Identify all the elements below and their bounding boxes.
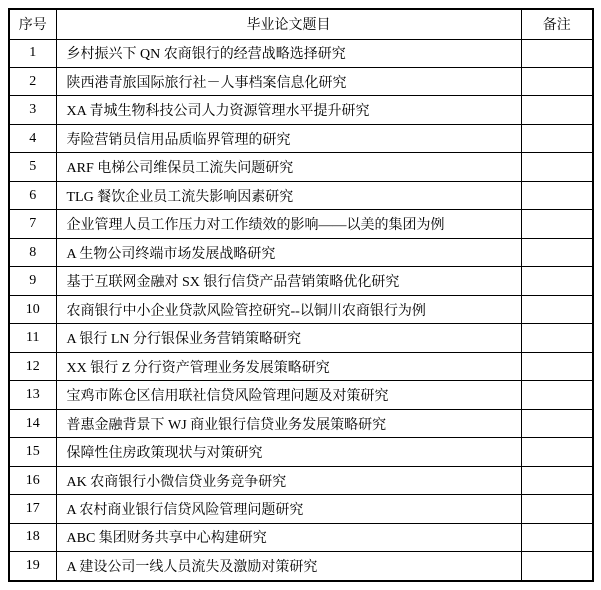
cell-index: 9 (9, 267, 56, 295)
header-cell-title: 毕业论文题目 (56, 9, 521, 39)
cell-remark (521, 523, 593, 551)
cell-title: XA 青城生物科技公司人力资源管理水平提升研究 (56, 96, 521, 124)
cell-title: A 建设公司一线人员流失及激励对策研究 (56, 552, 521, 581)
cell-title: AK 农商银行小微信贷业务竞争研究 (56, 466, 521, 494)
cell-index: 16 (9, 466, 56, 494)
cell-remark (521, 438, 593, 466)
cell-remark (521, 324, 593, 352)
cell-remark (521, 96, 593, 124)
table-row: 1 乡村振兴下 QN 农商银行的经营战略选择研究 (9, 39, 593, 67)
cell-remark (521, 124, 593, 152)
table-row: 13 宝鸡市陈仓区信用联社信贷风险管理问题及对策研究 (9, 381, 593, 409)
cell-title: 陕西港青旅国际旅行社－人事档案信息化研究 (56, 67, 521, 95)
cell-title: ABC 集团财务共享中心构建研究 (56, 523, 521, 551)
cell-index: 19 (9, 552, 56, 581)
cell-title: 基于互联网金融对 SX 银行信贷产品营销策略优化研究 (56, 267, 521, 295)
table-row: 8 A 生物公司终端市场发展战略研究 (9, 238, 593, 266)
cell-remark (521, 352, 593, 380)
cell-remark (521, 67, 593, 95)
cell-title: A 农村商业银行信贷风险管理问题研究 (56, 495, 521, 523)
cell-index: 17 (9, 495, 56, 523)
cell-title: A 银行 LN 分行银保业务营销策略研究 (56, 324, 521, 352)
table-row: 16 AK 农商银行小微信贷业务竞争研究 (9, 466, 593, 494)
cell-title: 普惠金融背景下 WJ 商业银行信贷业务发展策略研究 (56, 409, 521, 437)
cell-title: 乡村振兴下 QN 农商银行的经营战略选择研究 (56, 39, 521, 67)
header-row: 序号 毕业论文题目 备注 (9, 9, 593, 39)
cell-remark (521, 409, 593, 437)
cell-index: 5 (9, 153, 56, 181)
table-row: 7 企业管理人员工作压力对工作绩效的影响——以美的集团为例 (9, 210, 593, 238)
cell-remark (521, 381, 593, 409)
cell-index: 15 (9, 438, 56, 466)
table-row: 4 寿险营销员信用品质临界管理的研究 (9, 124, 593, 152)
cell-title: TLG 餐饮企业员工流失影响因素研究 (56, 181, 521, 209)
cell-title: A 生物公司终端市场发展战略研究 (56, 238, 521, 266)
cell-index: 12 (9, 352, 56, 380)
header-cell-remark: 备注 (521, 9, 593, 39)
cell-index: 10 (9, 295, 56, 323)
cell-title: ARF 电梯公司维保员工流失问题研究 (56, 153, 521, 181)
cell-index: 18 (9, 523, 56, 551)
cell-remark (521, 552, 593, 581)
cell-index: 11 (9, 324, 56, 352)
cell-remark (521, 466, 593, 494)
cell-remark (521, 238, 593, 266)
cell-title: 企业管理人员工作压力对工作绩效的影响——以美的集团为例 (56, 210, 521, 238)
table-row: 3 XA 青城生物科技公司人力资源管理水平提升研究 (9, 96, 593, 124)
table-row: 12 XX 银行 Z 分行资产管理业务发展策略研究 (9, 352, 593, 380)
cell-title: 农商银行中小企业贷款风险管控研究--以铜川农商银行为例 (56, 295, 521, 323)
cell-remark (521, 495, 593, 523)
cell-remark (521, 39, 593, 67)
cell-index: 14 (9, 409, 56, 437)
cell-remark (521, 181, 593, 209)
cell-remark (521, 295, 593, 323)
table-row: 14 普惠金融背景下 WJ 商业银行信贷业务发展策略研究 (9, 409, 593, 437)
cell-index: 8 (9, 238, 56, 266)
cell-title: 寿险营销员信用品质临界管理的研究 (56, 124, 521, 152)
cell-index: 3 (9, 96, 56, 124)
table-row: 9 基于互联网金融对 SX 银行信贷产品营销策略优化研究 (9, 267, 593, 295)
cell-remark (521, 210, 593, 238)
table-row: 5 ARF 电梯公司维保员工流失问题研究 (9, 153, 593, 181)
cell-title: 宝鸡市陈仓区信用联社信贷风险管理问题及对策研究 (56, 381, 521, 409)
table-row: 6 TLG 餐饮企业员工流失影响因素研究 (9, 181, 593, 209)
table-row: 15 保障性住房政策现状与对策研究 (9, 438, 593, 466)
table-row: 11 A 银行 LN 分行银保业务营销策略研究 (9, 324, 593, 352)
cell-title: 保障性住房政策现状与对策研究 (56, 438, 521, 466)
cell-index: 6 (9, 181, 56, 209)
thesis-title-table: 序号 毕业论文题目 备注 1 乡村振兴下 QN 农商银行的经营战略选择研究 2 … (8, 8, 594, 582)
cell-index: 2 (9, 67, 56, 95)
table-row: 10 农商银行中小企业贷款风险管控研究--以铜川农商银行为例 (9, 295, 593, 323)
cell-title: XX 银行 Z 分行资产管理业务发展策略研究 (56, 352, 521, 380)
header-cell-index: 序号 (9, 9, 56, 39)
table-row: 17 A 农村商业银行信贷风险管理问题研究 (9, 495, 593, 523)
cell-remark (521, 267, 593, 295)
table-row: 18 ABC 集团财务共享中心构建研究 (9, 523, 593, 551)
cell-remark (521, 153, 593, 181)
table-row: 19 A 建设公司一线人员流失及激励对策研究 (9, 552, 593, 581)
table-row: 2 陕西港青旅国际旅行社－人事档案信息化研究 (9, 67, 593, 95)
cell-index: 1 (9, 39, 56, 67)
cell-index: 4 (9, 124, 56, 152)
table-body: 1 乡村振兴下 QN 农商银行的经营战略选择研究 2 陕西港青旅国际旅行社－人事… (9, 39, 593, 581)
cell-index: 13 (9, 381, 56, 409)
cell-index: 7 (9, 210, 56, 238)
